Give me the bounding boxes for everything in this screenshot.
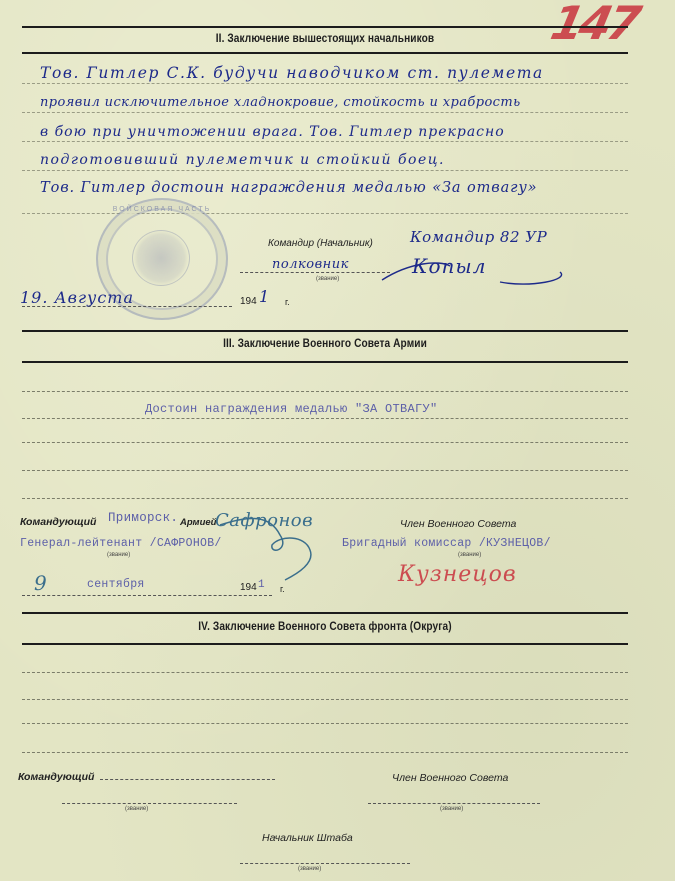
section-4-title: IV. Заключение Военного Совета фронта (О… <box>39 621 611 633</box>
council-member-rank-name: Бригадный комиссар /КУЗНЕЦОВ/ <box>342 537 551 550</box>
commander-rank-handwritten: полковник <box>272 257 349 272</box>
date-line <box>22 595 272 596</box>
council-member-signature: Кузнецов <box>398 562 517 587</box>
rank-caption: (звание) <box>440 806 463 812</box>
date-month-typed: сентября <box>87 578 145 591</box>
date-year-suffix: 1 <box>258 579 265 591</box>
section-3-conclusion-typed: Достоин награждения медалью "ЗА ОТВАГУ" <box>145 402 438 416</box>
rank-caption: (звание) <box>125 806 148 812</box>
date-year-suffix: 1 <box>259 287 270 306</box>
rank-caption: (звание) <box>316 276 339 282</box>
handwritten-line-5: Тов. Гитлер достоин награждения медалью … <box>40 180 537 196</box>
writing-line <box>22 213 628 214</box>
army-commander-rank-name: Генерал-лейтенант /САФРОНОВ/ <box>20 537 222 550</box>
writing-line <box>22 498 628 499</box>
handwritten-line-4: подготовивший пулеметчик и стойкий боец. <box>40 152 445 168</box>
writing-line <box>22 418 628 419</box>
front-commander-label: Командующий <box>18 771 94 783</box>
writing-line <box>22 83 628 84</box>
divider-rule <box>22 26 628 28</box>
emblem-icon <box>132 230 190 286</box>
chief-of-staff-label: Начальник Штаба <box>262 832 353 844</box>
divider-rule <box>22 361 628 363</box>
commander-unit-handwritten: Командир 82 УР <box>410 228 547 246</box>
divider-rule <box>22 612 628 614</box>
signature-line <box>100 779 275 780</box>
rank-caption: (звание) <box>458 552 481 558</box>
writing-line <box>22 391 628 392</box>
commander-label: Командир (Начальник) <box>268 238 373 249</box>
rank-caption: (звание) <box>298 866 321 872</box>
section-2-title: II. Заключение вышестоящих начальников <box>39 33 611 45</box>
date-day: 9 <box>34 571 47 595</box>
writing-line <box>22 442 628 443</box>
signature-flourish-icon <box>380 258 580 288</box>
rank-caption: (звание) <box>107 552 130 558</box>
writing-line <box>22 699 628 700</box>
date-g: г. <box>280 584 285 594</box>
date-g: г. <box>285 297 290 307</box>
writing-line <box>22 752 628 753</box>
rank-line <box>62 803 237 804</box>
writing-line <box>22 170 628 171</box>
army-commander-label: Командующий <box>20 516 96 528</box>
council-member-label: Член Военного Совета <box>400 518 516 530</box>
date-year-prefix: 194 <box>240 582 257 593</box>
rank-line <box>240 863 410 864</box>
handwritten-line-1: Тов. Гитлер С.К. будучи наводчиком ст. п… <box>40 64 544 82</box>
date-year-prefix: 194 <box>240 296 257 307</box>
front-council-member-label: Член Военного Совета <box>392 772 508 784</box>
army-name-typed: Приморск. <box>108 511 178 525</box>
writing-line <box>22 141 628 142</box>
award-sheet-page: 147 II. Заключение вышестоящих начальник… <box>0 0 675 881</box>
rank-line <box>240 272 390 273</box>
writing-line <box>22 470 628 471</box>
divider-rule <box>22 52 628 54</box>
stamp-text: ВОЙСКОВАЯ ЧАСТЬ <box>98 206 226 213</box>
writing-line <box>22 112 628 113</box>
handwritten-line-2: проявил исключительное хладнокровие, сто… <box>40 95 521 110</box>
section-3-title: III. Заключение Военного Совета Армии <box>39 338 611 350</box>
signature-flourish-icon <box>210 505 330 585</box>
writing-line <box>22 723 628 724</box>
divider-rule <box>22 330 628 332</box>
date-day-month: 19. Августа <box>20 288 134 307</box>
divider-rule <box>22 643 628 645</box>
handwritten-line-3: в бою при уничтожении врага. Тов. Гитлер… <box>40 124 505 140</box>
rank-line <box>368 803 540 804</box>
writing-line <box>22 672 628 673</box>
